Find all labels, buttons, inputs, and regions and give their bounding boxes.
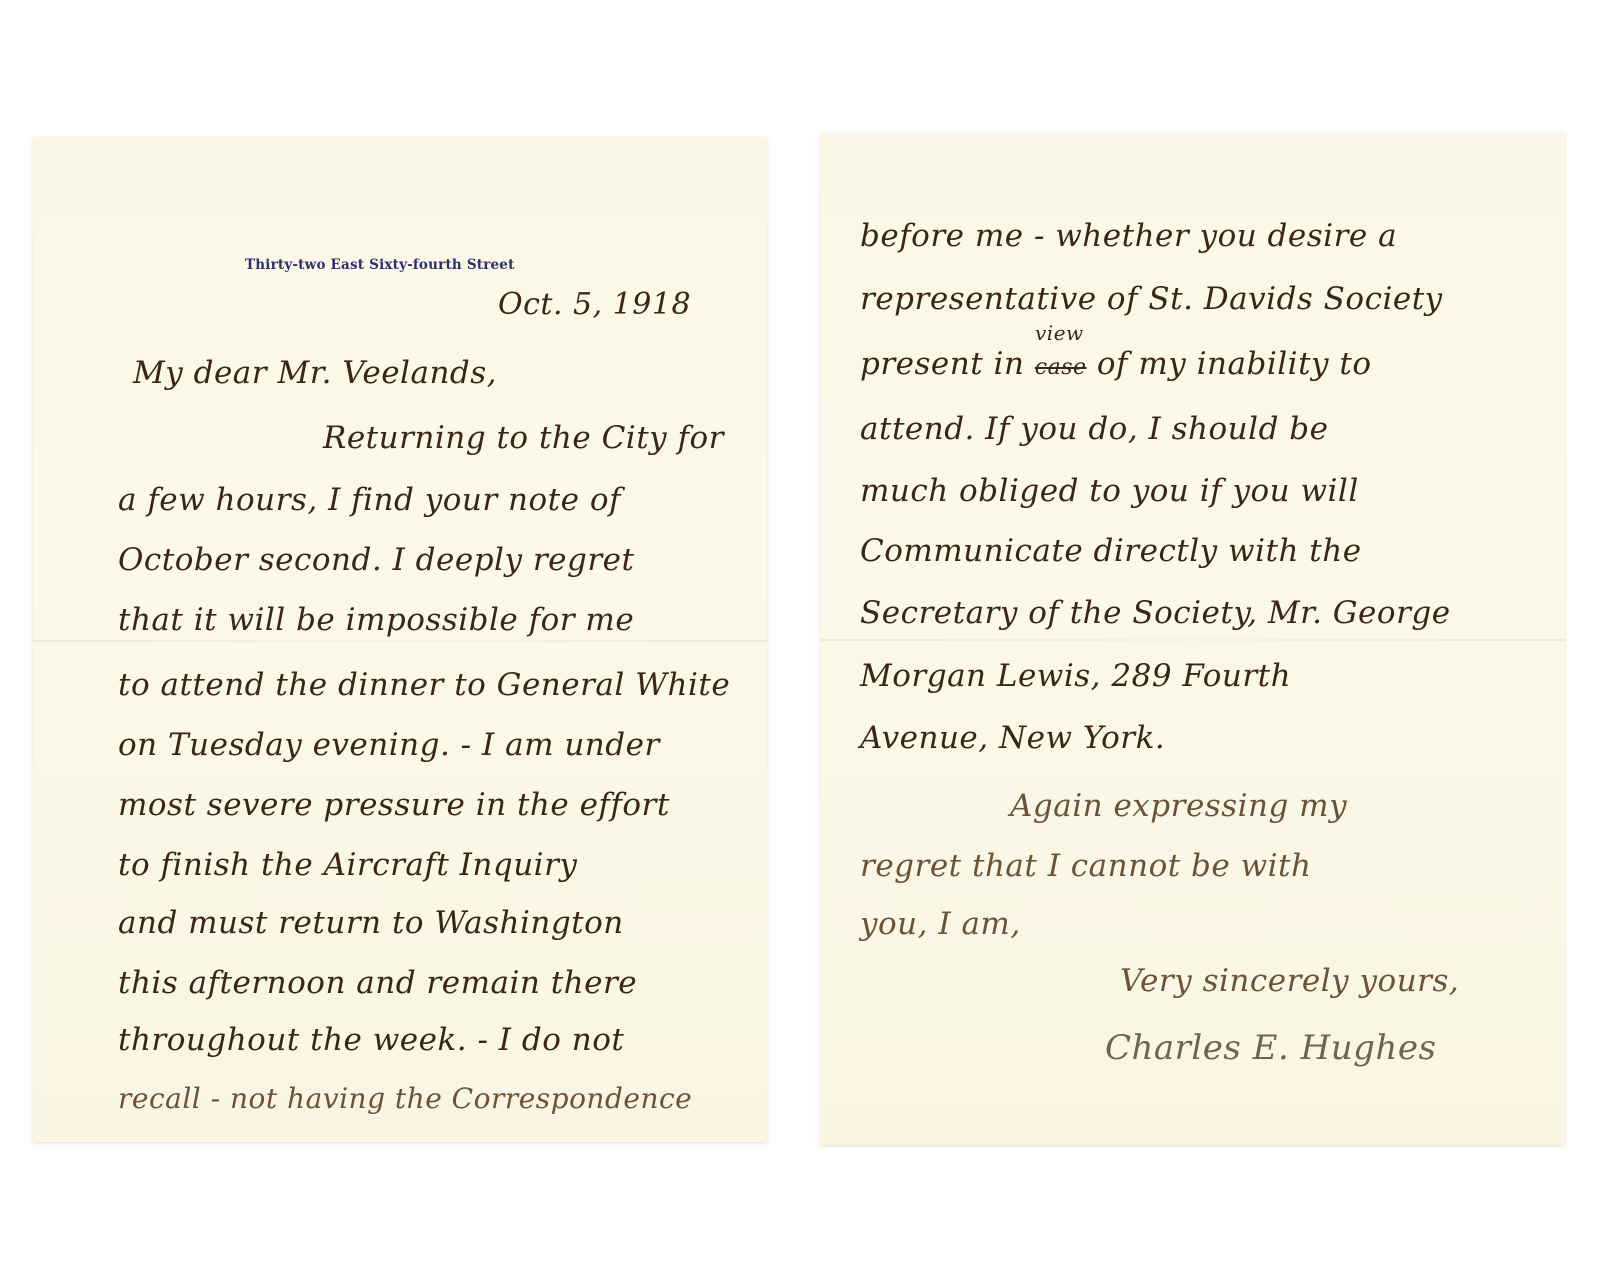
body-line: regret that I cannot be with xyxy=(860,848,1311,884)
body-line: a few hours, I find your note of xyxy=(118,482,621,518)
letter-page-1: Thirty-two East Sixty-fourth Street Oct.… xyxy=(33,137,767,1142)
body-line: much obliged to you if you will xyxy=(860,473,1359,509)
body-line: Again expressing my xyxy=(1010,788,1347,824)
body-line: representative of St. Davids Society xyxy=(860,281,1443,317)
body-line: this afternoon and remain there xyxy=(118,965,637,1001)
closing: Very sincerely yours, xyxy=(1120,963,1459,999)
body-line: Morgan Lewis, 289 Fourth xyxy=(860,658,1291,694)
letter-page-2: before me - whether you desire a represe… xyxy=(820,133,1565,1145)
letter-date: Oct. 5, 1918 xyxy=(498,287,691,322)
body-line: recall - not having the Correspondence xyxy=(118,1082,692,1115)
body-line: throughout the week. - I do not xyxy=(118,1022,624,1058)
faint-letterhead-showthrough xyxy=(980,153,1380,167)
body-line: most severe pressure in the effort xyxy=(118,787,670,823)
body-line: on Tuesday evening. - I am under xyxy=(118,727,660,763)
body-line: to finish the Aircraft Inquiry xyxy=(118,847,577,883)
body-line: before me - whether you desire a xyxy=(860,218,1397,254)
body-line: Communicate directly with the xyxy=(860,533,1362,569)
body-line: and must return to Washington xyxy=(118,905,624,941)
letterhead-address: Thirty-two East Sixty-fourth Street xyxy=(245,257,515,273)
body-line: you, I am, xyxy=(860,906,1021,942)
body-line: attend. If you do, I should be xyxy=(860,411,1328,447)
body-line: to attend the dinner to General White xyxy=(118,667,730,703)
signature: Charles E. Hughes xyxy=(1105,1028,1436,1068)
body-line: Avenue, New York. xyxy=(860,720,1165,756)
body-text: present in xyxy=(860,346,1024,382)
inserted-word: view xyxy=(1035,321,1084,345)
body-line: October second. I deeply regret xyxy=(118,542,634,578)
body-line: Returning to the City for xyxy=(323,420,724,456)
struck-word: case xyxy=(1035,355,1087,380)
body-line: that it will be impossible for me xyxy=(118,602,634,638)
body-text: of my inability to xyxy=(1097,346,1372,382)
body-line: Secretary of the Society, Mr. George xyxy=(860,595,1451,631)
body-line-with-correction: present in case of my inability to xyxy=(860,346,1372,382)
salutation: My dear Mr. Veelands, xyxy=(133,355,497,391)
